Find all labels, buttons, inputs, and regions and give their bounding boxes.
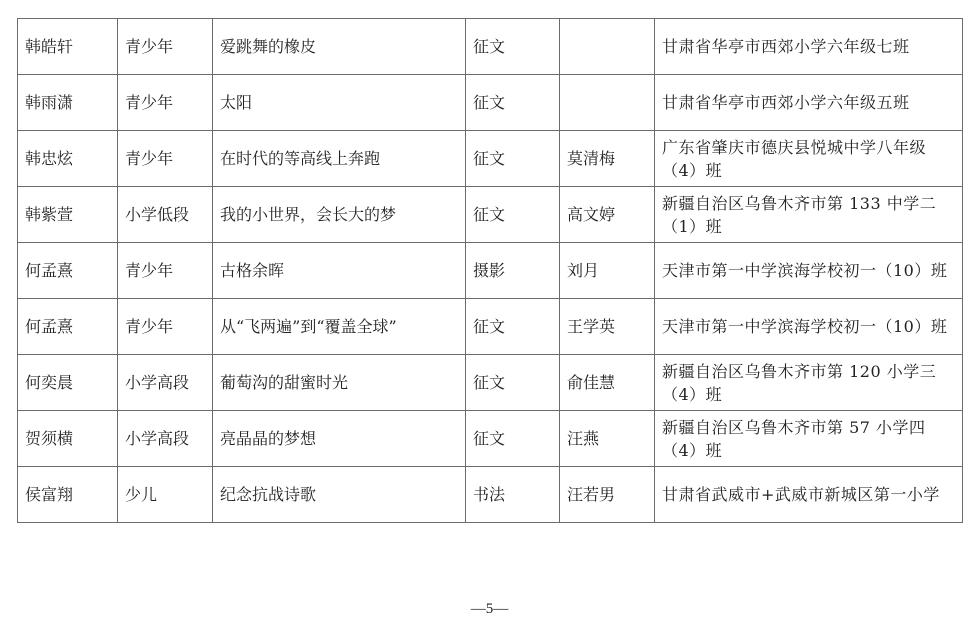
table-row: 韩忠炫青少年在时代的等高线上奔跑征文莫清梅广东省肇庆市德庆县悦城中学八年级（4）… <box>18 131 963 187</box>
work-title-cell: 亮晶晶的梦想 <box>213 411 466 467</box>
table-row: 何孟熹青少年古格余晖摄影刘月天津市第一中学滨海学校初一（10）班 <box>18 243 963 299</box>
work-title-cell: 古格余晖 <box>213 243 466 299</box>
work-title-cell: 纪念抗战诗歌 <box>213 467 466 523</box>
age-group-cell: 青少年 <box>118 131 213 187</box>
student-name-cell: 韩忠炫 <box>18 131 118 187</box>
table-row: 韩紫萱小学低段我的小世界，会长大的梦征文高文婷新疆自治区乌鲁木齐市第 133 中… <box>18 187 963 243</box>
entries-table: 韩皓轩青少年爱跳舞的橡皮征文甘肃省华亭市西郊小学六年级七班韩雨潇青少年太阳征文甘… <box>17 18 963 523</box>
student-name-cell: 韩雨潇 <box>18 75 118 131</box>
table-row: 韩皓轩青少年爱跳舞的橡皮征文甘肃省华亭市西郊小学六年级七班 <box>18 19 963 75</box>
work-title-cell: 葡萄沟的甜蜜时光 <box>213 355 466 411</box>
work-title-cell: 在时代的等高线上奔跑 <box>213 131 466 187</box>
category-cell: 征文 <box>466 19 560 75</box>
teacher-cell: 高文婷 <box>560 187 655 243</box>
student-name-cell: 何孟熹 <box>18 243 118 299</box>
age-group-cell: 青少年 <box>118 299 213 355</box>
teacher-cell <box>560 19 655 75</box>
age-group-cell: 青少年 <box>118 75 213 131</box>
table-row: 侯富翔少儿纪念抗战诗歌书法汪若男甘肃省武威市+武威市新城区第一小学 <box>18 467 963 523</box>
page-number: —5— <box>0 601 979 618</box>
school-cell: 甘肃省华亭市西郊小学六年级七班 <box>655 19 963 75</box>
age-group-cell: 少儿 <box>118 467 213 523</box>
category-cell: 摄影 <box>466 243 560 299</box>
work-title-cell: 爱跳舞的橡皮 <box>213 19 466 75</box>
category-cell: 征文 <box>466 75 560 131</box>
teacher-cell <box>560 75 655 131</box>
age-group-cell: 青少年 <box>118 19 213 75</box>
table-row: 贺须横小学高段亮晶晶的梦想征文汪燕新疆自治区乌鲁木齐市第 57 小学四（4）班 <box>18 411 963 467</box>
school-cell: 广东省肇庆市德庆县悦城中学八年级（4）班 <box>655 131 963 187</box>
school-cell: 新疆自治区乌鲁木齐市第 133 中学二（1）班 <box>655 187 963 243</box>
work-title-cell: 我的小世界，会长大的梦 <box>213 187 466 243</box>
teacher-cell: 俞佳慧 <box>560 355 655 411</box>
student-name-cell: 韩皓轩 <box>18 19 118 75</box>
school-cell: 天津市第一中学滨海学校初一（10）班 <box>655 299 963 355</box>
table-row: 何孟熹青少年从“飞两遍”到“覆盖全球”征文王学英天津市第一中学滨海学校初一（10… <box>18 299 963 355</box>
work-title-cell: 从“飞两遍”到“覆盖全球” <box>213 299 466 355</box>
table-row: 何奕晨小学高段葡萄沟的甜蜜时光征文俞佳慧新疆自治区乌鲁木齐市第 120 小学三（… <box>18 355 963 411</box>
school-cell: 甘肃省华亭市西郊小学六年级五班 <box>655 75 963 131</box>
teacher-cell: 汪燕 <box>560 411 655 467</box>
school-cell: 新疆自治区乌鲁木齐市第 57 小学四（4）班 <box>655 411 963 467</box>
age-group-cell: 小学高段 <box>118 355 213 411</box>
school-cell: 甘肃省武威市+武威市新城区第一小学 <box>655 467 963 523</box>
category-cell: 征文 <box>466 187 560 243</box>
school-cell: 新疆自治区乌鲁木齐市第 120 小学三（4）班 <box>655 355 963 411</box>
age-group-cell: 小学高段 <box>118 411 213 467</box>
category-cell: 征文 <box>466 411 560 467</box>
category-cell: 书法 <box>466 467 560 523</box>
age-group-cell: 青少年 <box>118 243 213 299</box>
student-name-cell: 何奕晨 <box>18 355 118 411</box>
teacher-cell: 刘月 <box>560 243 655 299</box>
teacher-cell: 王学英 <box>560 299 655 355</box>
student-name-cell: 侯富翔 <box>18 467 118 523</box>
category-cell: 征文 <box>466 131 560 187</box>
category-cell: 征文 <box>466 299 560 355</box>
teacher-cell: 莫清梅 <box>560 131 655 187</box>
student-name-cell: 贺须横 <box>18 411 118 467</box>
school-cell: 天津市第一中学滨海学校初一（10）班 <box>655 243 963 299</box>
student-name-cell: 何孟熹 <box>18 299 118 355</box>
table-row: 韩雨潇青少年太阳征文甘肃省华亭市西郊小学六年级五班 <box>18 75 963 131</box>
category-cell: 征文 <box>466 355 560 411</box>
teacher-cell: 汪若男 <box>560 467 655 523</box>
work-title-cell: 太阳 <box>213 75 466 131</box>
age-group-cell: 小学低段 <box>118 187 213 243</box>
student-name-cell: 韩紫萱 <box>18 187 118 243</box>
